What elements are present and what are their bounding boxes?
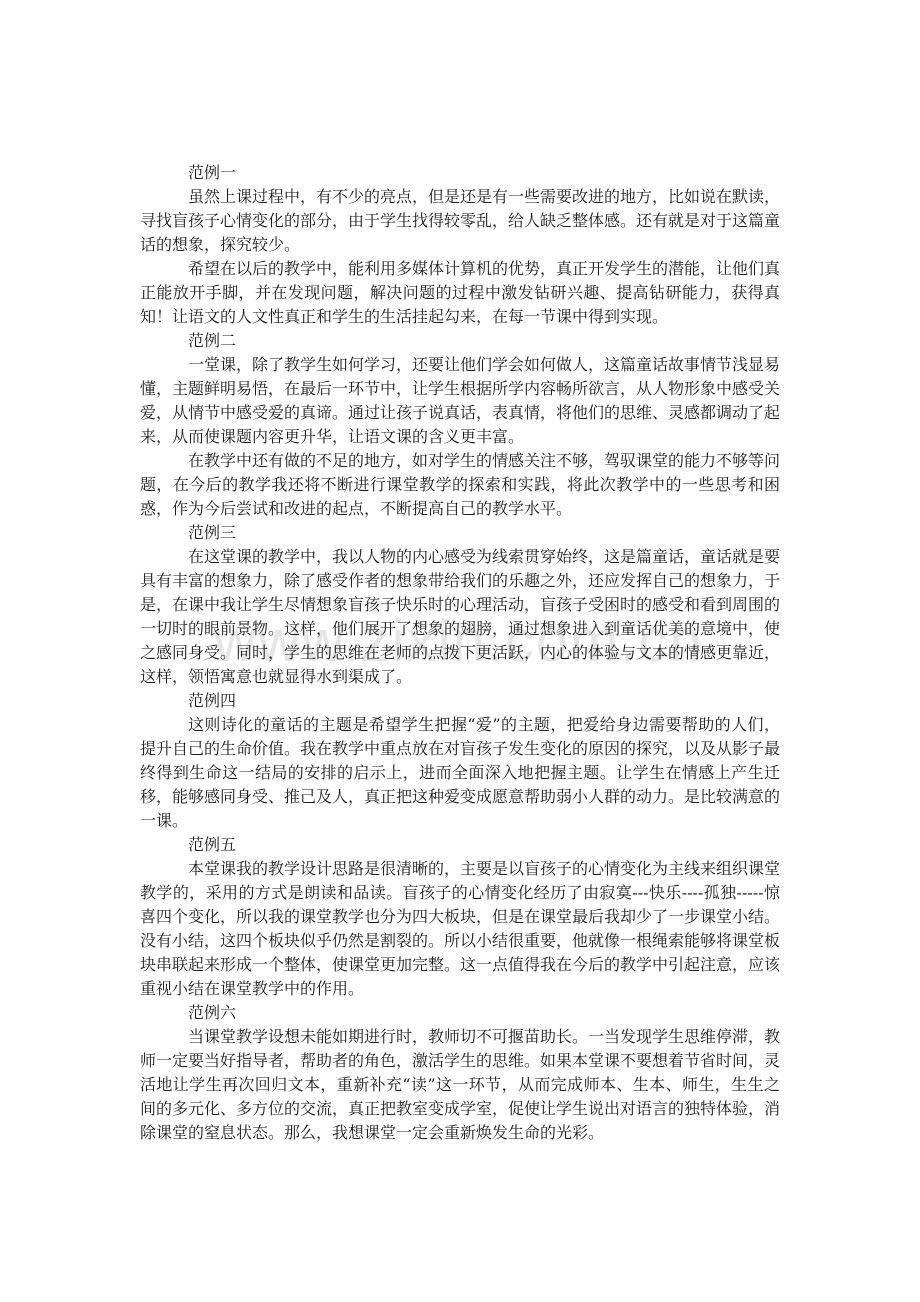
paragraph: 虽然上课过程中，有不少的亮点，但是还是有一些需要改进的地方，比如说在默读，寻找盲… (140, 185, 780, 257)
section-example-1: 范例一 虽然上课过程中，有不少的亮点，但是还是有一些需要改进的地方，比如说在默读… (140, 161, 780, 329)
paragraph: 当课堂教学设想未能如期进行时，教师切不可揠苗助长。一当发现学生思维停滞，教师一定… (140, 1025, 780, 1145)
section-example-3: 范例三 在这堂课的教学中，我以人物的内心感受为线索贯穿始终，这是篇童话，童话就是… (140, 521, 780, 689)
document-page: 范例一 虽然上课过程中，有不少的亮点，但是还是有一些需要改进的地方，比如说在默读… (140, 161, 780, 1145)
paragraph: 本堂课我的教学设计思路是很清晰的，主要是以盲孩子的心情变化为主线来组织课堂教学的… (140, 857, 780, 1001)
section-example-5: 范例五 本堂课我的教学设计思路是很清晰的，主要是以盲孩子的心情变化为主线来组织课… (140, 833, 780, 1001)
paragraph: 一堂课，除了教学生如何学习，还要让他们学会如何做人，这篇童话故事情节浅显易懂，主… (140, 353, 780, 449)
section-heading: 范例四 (140, 689, 780, 713)
section-heading: 范例二 (140, 329, 780, 353)
section-example-4: 范例四 这则诗化的童话的主题是希望学生把握“爱”的主题，把爱给身边需要帮助的人们… (140, 689, 780, 833)
paragraph: 在教学中还有做的不足的地方，如对学生的情感关注不够，驾驭课堂的能力不够等问题，在… (140, 449, 780, 521)
section-example-2: 范例二 一堂课，除了教学生如何学习，还要让他们学会如何做人，这篇童话故事情节浅显… (140, 329, 780, 521)
paragraph: 在这堂课的教学中，我以人物的内心感受为线索贯穿始终，这是篇童话，童话就是要具有丰… (140, 545, 780, 689)
paragraph: 希望在以后的教学中，能利用多媒体计算机的优势，真正开发学生的潜能，让他们真正能放… (140, 257, 780, 329)
section-heading: 范例五 (140, 833, 780, 857)
paragraph: 这则诗化的童话的主题是希望学生把握“爱”的主题，把爱给身边需要帮助的人们，提升自… (140, 713, 780, 833)
section-heading: 范例一 (140, 161, 780, 185)
section-heading: 范例三 (140, 521, 780, 545)
section-example-6: 范例六 当课堂教学设想未能如期进行时，教师切不可揠苗助长。一当发现学生思维停滞，… (140, 1001, 780, 1145)
section-heading: 范例六 (140, 1001, 780, 1025)
